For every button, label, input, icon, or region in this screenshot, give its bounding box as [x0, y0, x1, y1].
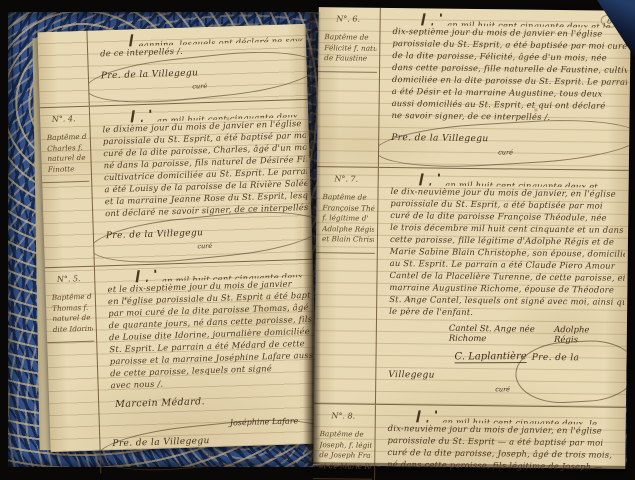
margin-note: Baptême deFrançoise Théodulef. légitime … — [316, 192, 376, 253]
margin-note-line: Baptême de — [324, 32, 376, 43]
margin-note: Baptême deFélicité f. naturellede Fausti… — [318, 32, 377, 72]
margin-note: Baptême deJoseph, f. légitimede Joseph F… — [313, 429, 373, 480]
priest-signature: Pre. de la Villegegu — [101, 68, 199, 81]
entry-body: L'an mil huit cent cinquante deuxet le d… — [95, 260, 319, 474]
entry-no-7: N°. 7. Baptême deFrançoise Théodulef. lé… — [314, 166, 629, 407]
margin-note-line: Joseph, f. légitime — [319, 440, 371, 451]
priest-signature: Pre. de la Villegegu — [391, 133, 489, 144]
margin-note-line: Baptême de — [47, 132, 87, 144]
left-register-page: Jeannine, lesquels ont déclaré ne savoir… — [37, 24, 318, 452]
scanned-register-spread: Jeannine, lesquels ont déclaré ne savoir… — [0, 0, 635, 480]
priest-title: curé — [106, 239, 303, 253]
margin-note-line: Finotte — [48, 163, 88, 175]
entry-no-5: N°. 5. Baptême deThomas f.naturel de Lou… — [45, 259, 319, 475]
margin-note: Baptême deThomas f.naturel de Louisedite… — [46, 292, 95, 343]
entry-number: N°. 4. — [40, 114, 87, 124]
witness-signature: C. Laplantière — [455, 351, 527, 363]
margin-column — [37, 31, 89, 108]
margin-note-line: et Blain Christophe — [322, 234, 374, 245]
priest-title: curé — [101, 79, 298, 93]
priest-signature: Pre. de la Villegegu — [112, 436, 210, 449]
margin-column: N°. 4. Baptême deCharles f.naturel de Dé… — [40, 107, 95, 267]
signature-block: Pre. de la Villegegu curé — [105, 213, 309, 263]
handwritten-text: L'an mil huit cent cinquante deux,le dix… — [102, 105, 308, 219]
margin-note-line: Adolphe Régis — [322, 224, 374, 235]
entry-body: L'an mil huit cent cinquante deux et led… — [379, 8, 631, 170]
entry-no-8: N°. 8. Baptême deJoseph, f. légitimede J… — [313, 403, 626, 480]
margin-column: N°. 5. Baptême deThomas f.naturel de Lou… — [45, 267, 101, 475]
entry-body: L'an mil huit cent cinquante deux,le dix… — [90, 100, 313, 266]
entry-no-6: N°. 6. Baptême deFélicité f. naturellede… — [317, 7, 631, 170]
entry-number: N°. 6. — [319, 14, 378, 24]
margin-note: Baptême deCharles f.naturel de DésiréeFi… — [41, 132, 90, 183]
entry-continuation: Jeannine, lesquels ont déclaré ne savoir… — [37, 24, 307, 107]
margin-note-line: Françoise Théodule — [322, 203, 374, 214]
signature-block: Marcein Médard. Joséphine Lafare Pre. de… — [111, 385, 316, 471]
handwritten-text: L'an mil huit cent cinquante deux et led… — [391, 13, 627, 124]
entry-number: N°. 8. — [314, 411, 373, 421]
entry-number: N°. 5. — [45, 274, 92, 284]
priest-signature-flourish: Pre. de la Villegegu curé — [112, 428, 310, 461]
entry-number: N°. 7. — [317, 174, 376, 184]
margin-note-line: Félicité f. naturelle — [324, 43, 376, 54]
entry-body: Jeannine, lesquels ont déclaré ne savoir… — [87, 24, 307, 106]
priest-signature-flourish: Pre. de la Villegegu curé — [391, 125, 620, 158]
handwritten-line: né dans cette paroisse, fils légitime de… — [387, 458, 622, 473]
signature-block: Pre. de la Villegegu curé — [100, 53, 304, 103]
priest-signature: Pre. de la Villegegu — [106, 228, 204, 241]
margin-note-line: dite Idorine. — [53, 323, 93, 335]
entry-body: L'an mil huit cent cinquante deux etle d… — [376, 168, 629, 407]
margin-note-line: naturel de Louise — [52, 313, 92, 325]
godfather-signature: Marcein Médard. — [115, 393, 308, 410]
margin-note-line: de Joseph François — [319, 450, 371, 461]
priest-title: curé — [391, 147, 620, 158]
priest-title: curé — [113, 447, 310, 461]
priest-title: curé — [388, 384, 617, 395]
margin-column: N°. 6. Baptême deFélicité f. naturellede… — [317, 7, 381, 167]
margin-note-line: Baptême de — [52, 292, 92, 304]
witness-signature: Cantel St. Ange née Richome — [449, 324, 554, 345]
signature-block: Cantel St. Ange née Richome Adolphe Régi… — [388, 317, 624, 405]
handwritten-text: L'an mil huit cent cinquante deuxet le d… — [107, 265, 314, 391]
margin-column: N°. 8. Baptême deJoseph, f. légitimede J… — [313, 404, 376, 480]
priest-signature-flourish: Pre. de la Villegegu curé — [106, 220, 304, 253]
entry-no-4: N°. 4. Baptême deCharles f.naturel de Dé… — [40, 99, 313, 267]
margin-note-line: naturel de Désirée — [47, 153, 87, 165]
handwritten-text: L'an mil huit cent cinquante deux etle d… — [389, 173, 626, 320]
handwritten-text: L'an mil huit cent cinquante deux, ledix… — [387, 410, 623, 473]
margin-note-line: de Faustine — [324, 53, 376, 64]
margin-note-line: Baptême de — [320, 429, 372, 440]
margin-note-line: Baptême de — [322, 192, 374, 203]
margin-note-line: f. légitime d' — [322, 213, 374, 224]
margin-column: N°. 7. Baptême deFrançoise Théodulef. lé… — [314, 167, 379, 404]
entry-body: L'an mil huit cent cinquante deux, ledix… — [375, 405, 626, 480]
signature-block: Pre. de la Villegegu curé — [391, 121, 627, 168]
priest-signature-flourish: Pre. de la Villegegu curé — [100, 60, 298, 93]
margin-note-line: et de Marie Rose — [319, 461, 371, 472]
right-register-page: 6 N°. 6. Baptême deFélicité f. naturelle… — [313, 7, 631, 469]
